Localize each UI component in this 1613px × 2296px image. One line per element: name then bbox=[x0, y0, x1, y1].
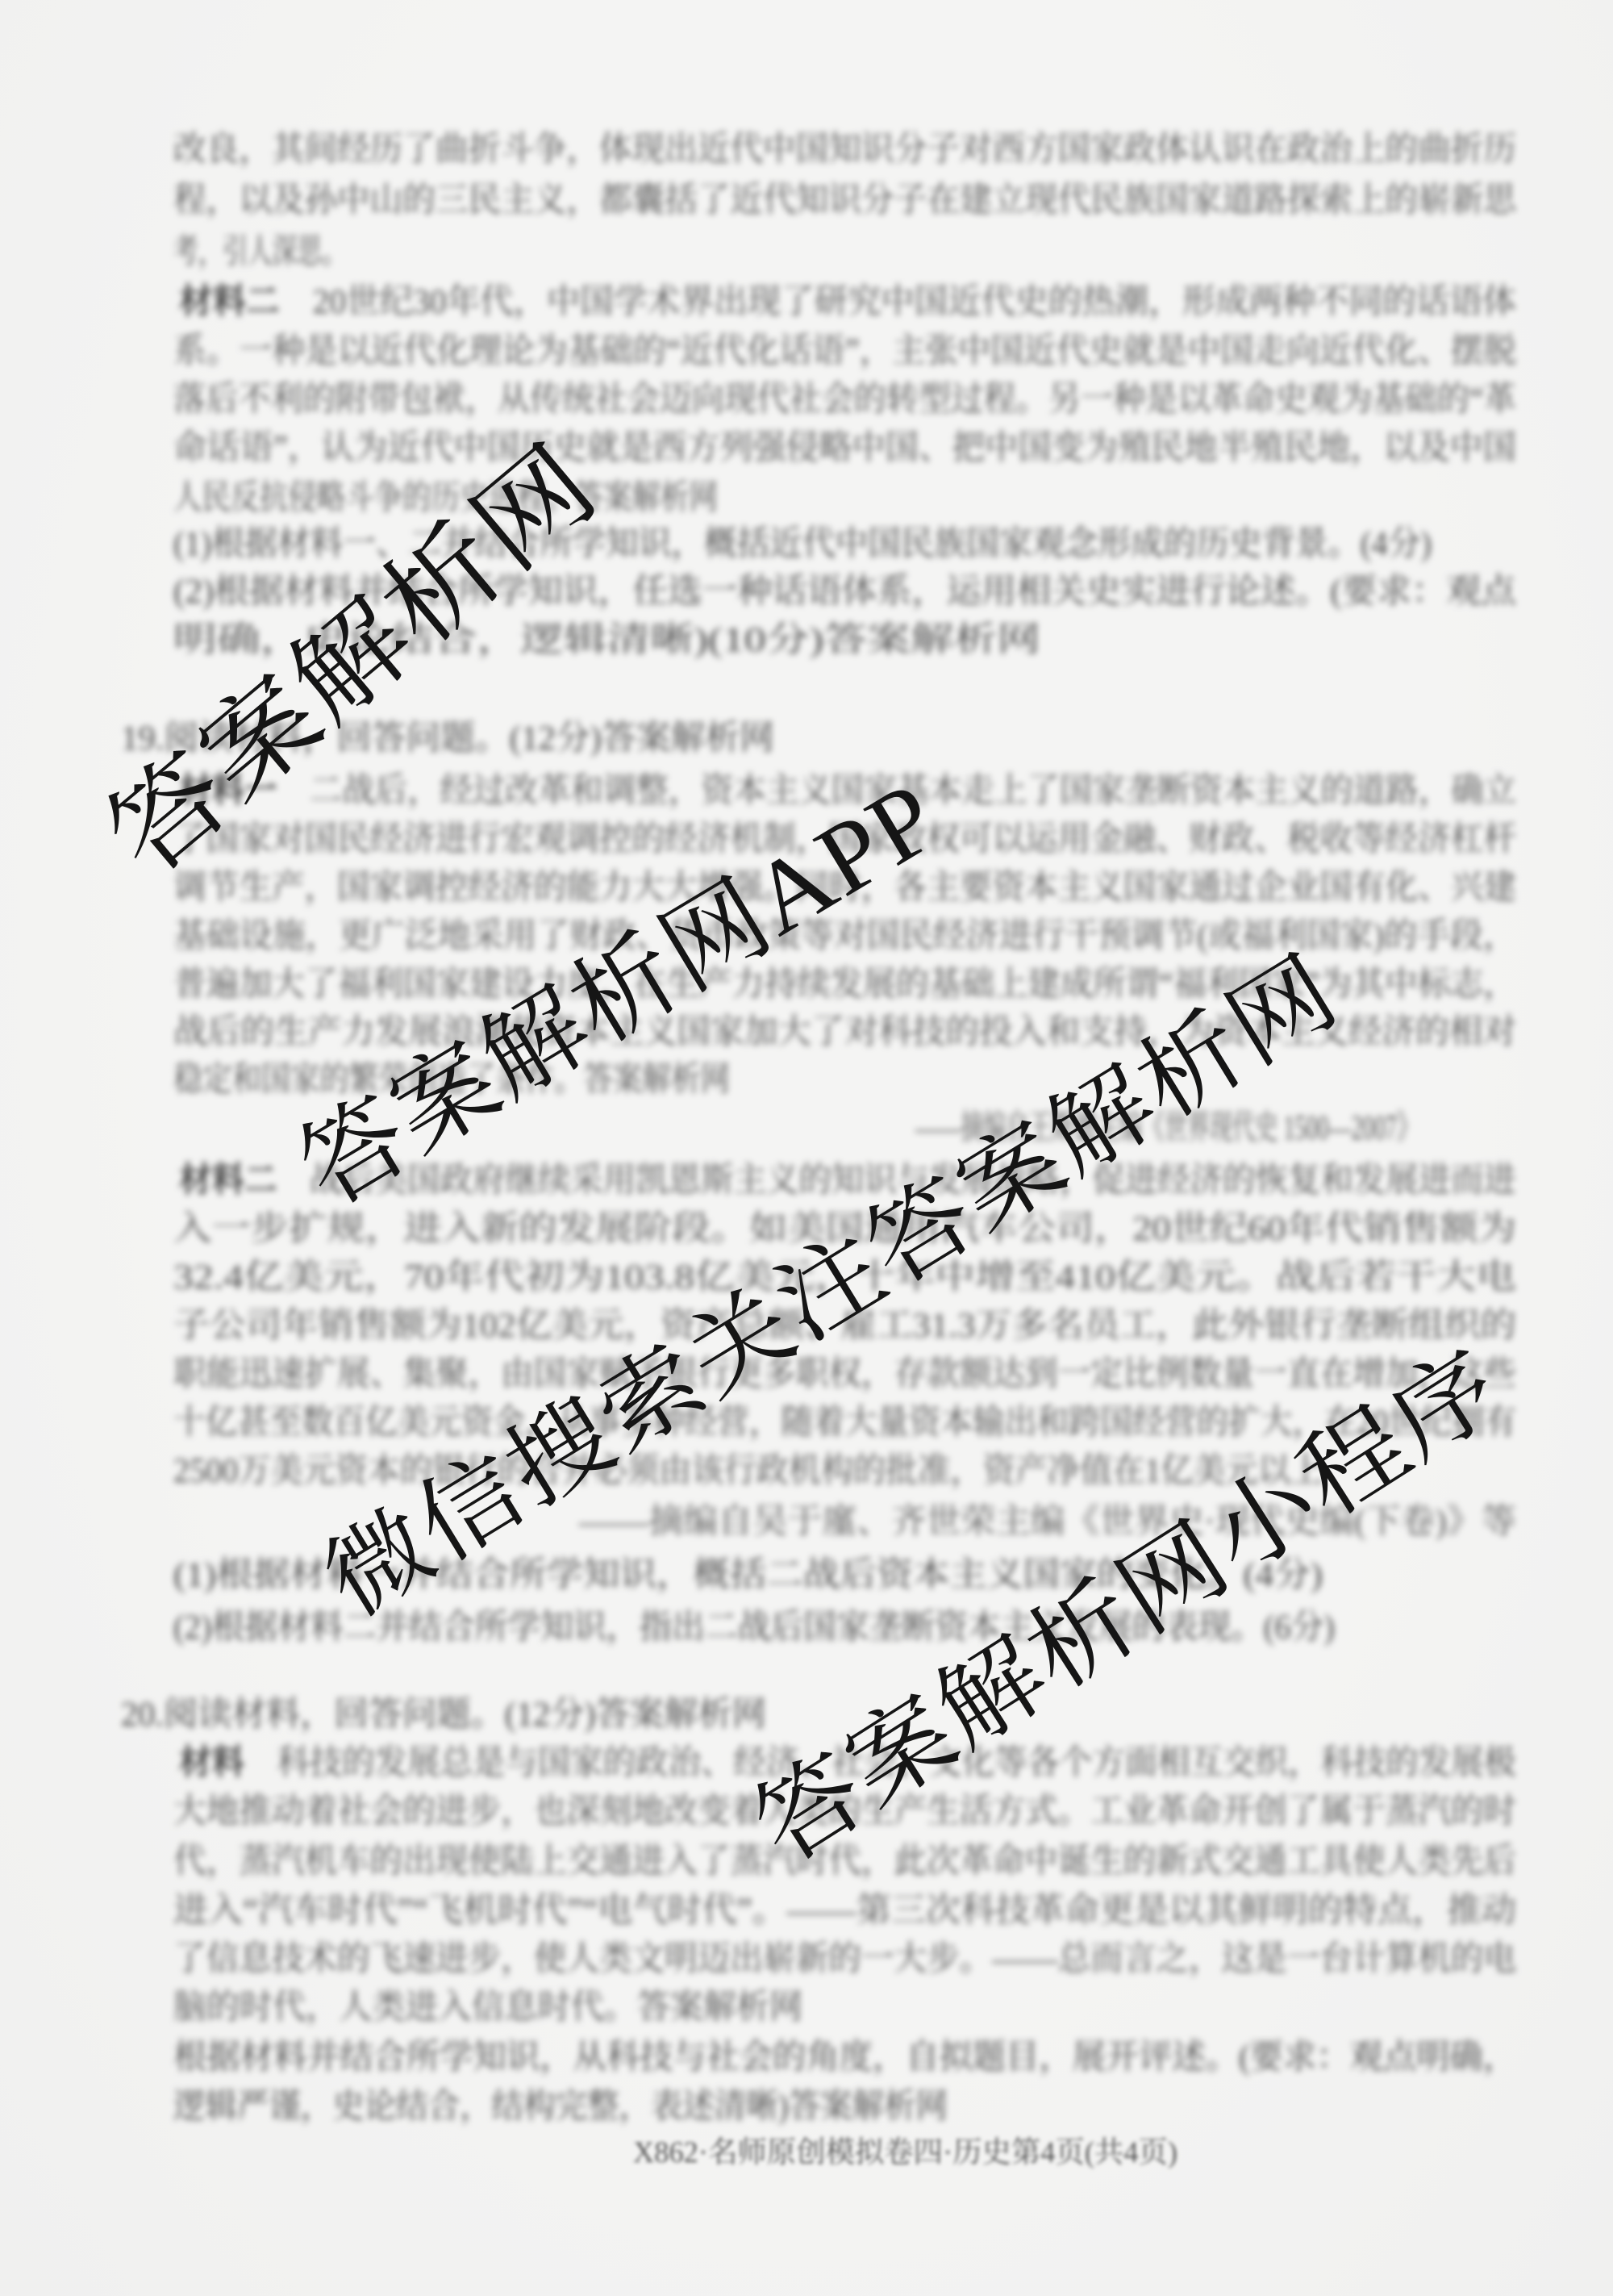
text-line: 考，引人深思。 bbox=[173, 234, 399, 269]
text-line: 根据材料并结合所学知识，从科技与社会的角度，自拟题目，展开评述。(要求：观点明确… bbox=[173, 2039, 1474, 2075]
text-line: 落后不利的附带包袱，从传统社会迈向现代社会的转型过程。另一种是以革命史观为基础的… bbox=[173, 382, 1511, 417]
text-line: 程，以及孙中山的三民主义，都囊括了近代知识分子在建立现代民族国家道路探索上的崭新… bbox=[173, 182, 1496, 218]
text-line: 命话语”，认为近代中国历史就是西方列强侵略中国、把中国变为殖民地半殖民地，以及中… bbox=[173, 430, 1478, 465]
text-line: 逻辑严谨，史论结合，结构完整，表述清晰)答案解析网 bbox=[173, 2089, 958, 2124]
text-line: 改良，其间经历了曲折斗争，体现出近代中国知识分子对西方国家政体认识在政治上的曲折… bbox=[173, 131, 1496, 167]
text-line: 2500万美元资本的银行的合并必须由该行政机构的批准，资产净值在1亿美元以上 bbox=[173, 1453, 1319, 1488]
text-line: 20.阅读材料，回答问题。(12分)答案解析网 bbox=[121, 1697, 731, 1732]
text-line: 系。一种是以近代化理论为基础的“近代化话语”，主张中国近代史就是中国走向近代化、… bbox=[173, 333, 1493, 369]
text-line: 职能迅速扩展、集聚，由国家赋予银行更多职权，存款额达到一定比例数量一直在增加，这… bbox=[173, 1356, 1496, 1392]
text-line: 脑的时代，人类进入信息时代。答案解析网 bbox=[173, 1989, 786, 2025]
scanned-exam-page: 改良，其间经历了曲折斗争，体现出近代中国知识分子对西方国家政体认识在政治上的曲折… bbox=[0, 0, 1613, 2296]
text-line: 材料二 20世纪30年代，中国学术界出现了研究中国近代史的热潮，形成两种不同的话… bbox=[179, 284, 1469, 319]
text-line: 进入“汽车时代”“飞机时代”“电气时代”。——第三次科技革命更是以其鲜明的特点，… bbox=[173, 1893, 1421, 1928]
text-line: 了信息技术的飞速进步，使人类文明迈出崭新的一大步。——总而言之，这是一台计算机的… bbox=[173, 1941, 1496, 1977]
footer-text: X862·名师原创模拟卷四·历史第4页(共4页) bbox=[633, 2138, 1142, 2168]
